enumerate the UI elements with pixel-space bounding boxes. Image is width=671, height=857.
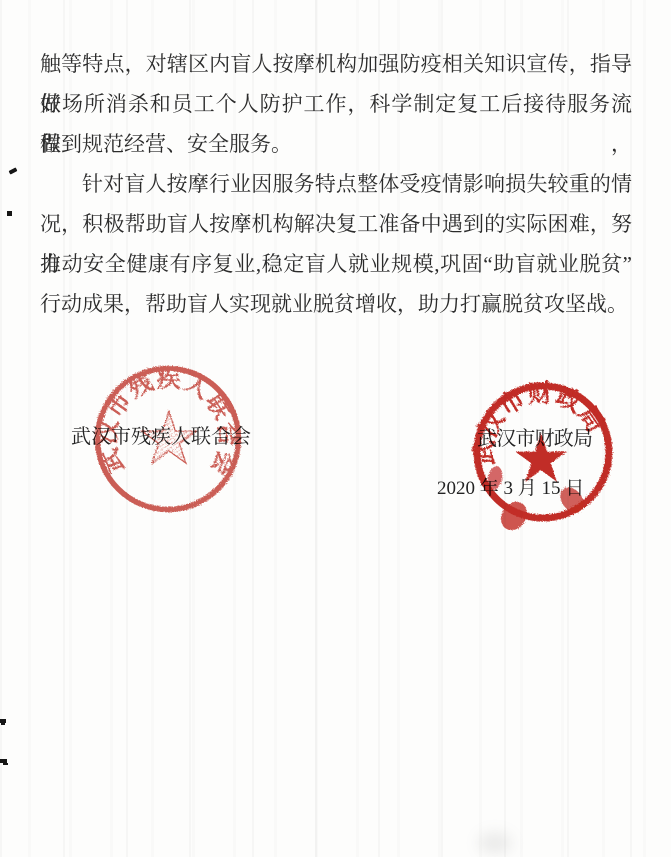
signature-right-org: 武汉市财政局 <box>477 427 592 451</box>
body-text-line: 触等特点，对辖区内盲人按摩机构加强防疫相关知识宣传，指导做 <box>40 44 632 84</box>
scan-artifact <box>0 759 7 763</box>
seal-ink-smear <box>496 497 532 535</box>
scanned-document-page: 触等特点，对辖区内盲人按摩机构加强防疫相关知识宣传，指导做 好场所消杀和员工个人… <box>0 0 671 857</box>
document-body: 触等特点，对辖区内盲人按摩机构加强防疫相关知识宣传，指导做 好场所消杀和员工个人… <box>40 44 632 324</box>
date-line: 2020 年 3 月 15 日 <box>437 477 584 501</box>
scan-artifact <box>0 719 6 723</box>
body-text-line: 推动安全健康有序复业,稳定盲人就业规模,巩固“助盲就业脱贫” <box>40 244 632 284</box>
scan-artifact <box>9 167 18 174</box>
body-text-line: 针对盲人按摩行业因服务特点整体受疫情影响损失较重的情 <box>40 164 632 204</box>
signature-left-org: 武汉市残疾人联合会 <box>71 425 251 449</box>
body-text-line: 好场所消杀和员工个人防护工作，科学制定复工后接待服务流程， <box>40 84 632 124</box>
seal-text: 武汉市残疾人联合会 <box>94 366 243 481</box>
seal-text-path: 武汉市财政局 <box>471 379 610 465</box>
body-text-line: 行动成果，帮助盲人实现就业脱贫增收，助力打赢脱贫攻坚战。 <box>40 284 632 324</box>
seal-text-path: 武汉市残疾人联合会 <box>94 366 243 481</box>
official-seal-right: 武汉市财政局 <box>471 379 610 535</box>
body-text-line: 况，积极帮助盲人按摩机构解决复工准备中遇到的实际困难，努力 <box>40 204 632 244</box>
scan-artifact <box>7 211 12 216</box>
scan-smudge <box>478 832 512 854</box>
seal-text: 武汉市财政局 <box>471 379 610 465</box>
